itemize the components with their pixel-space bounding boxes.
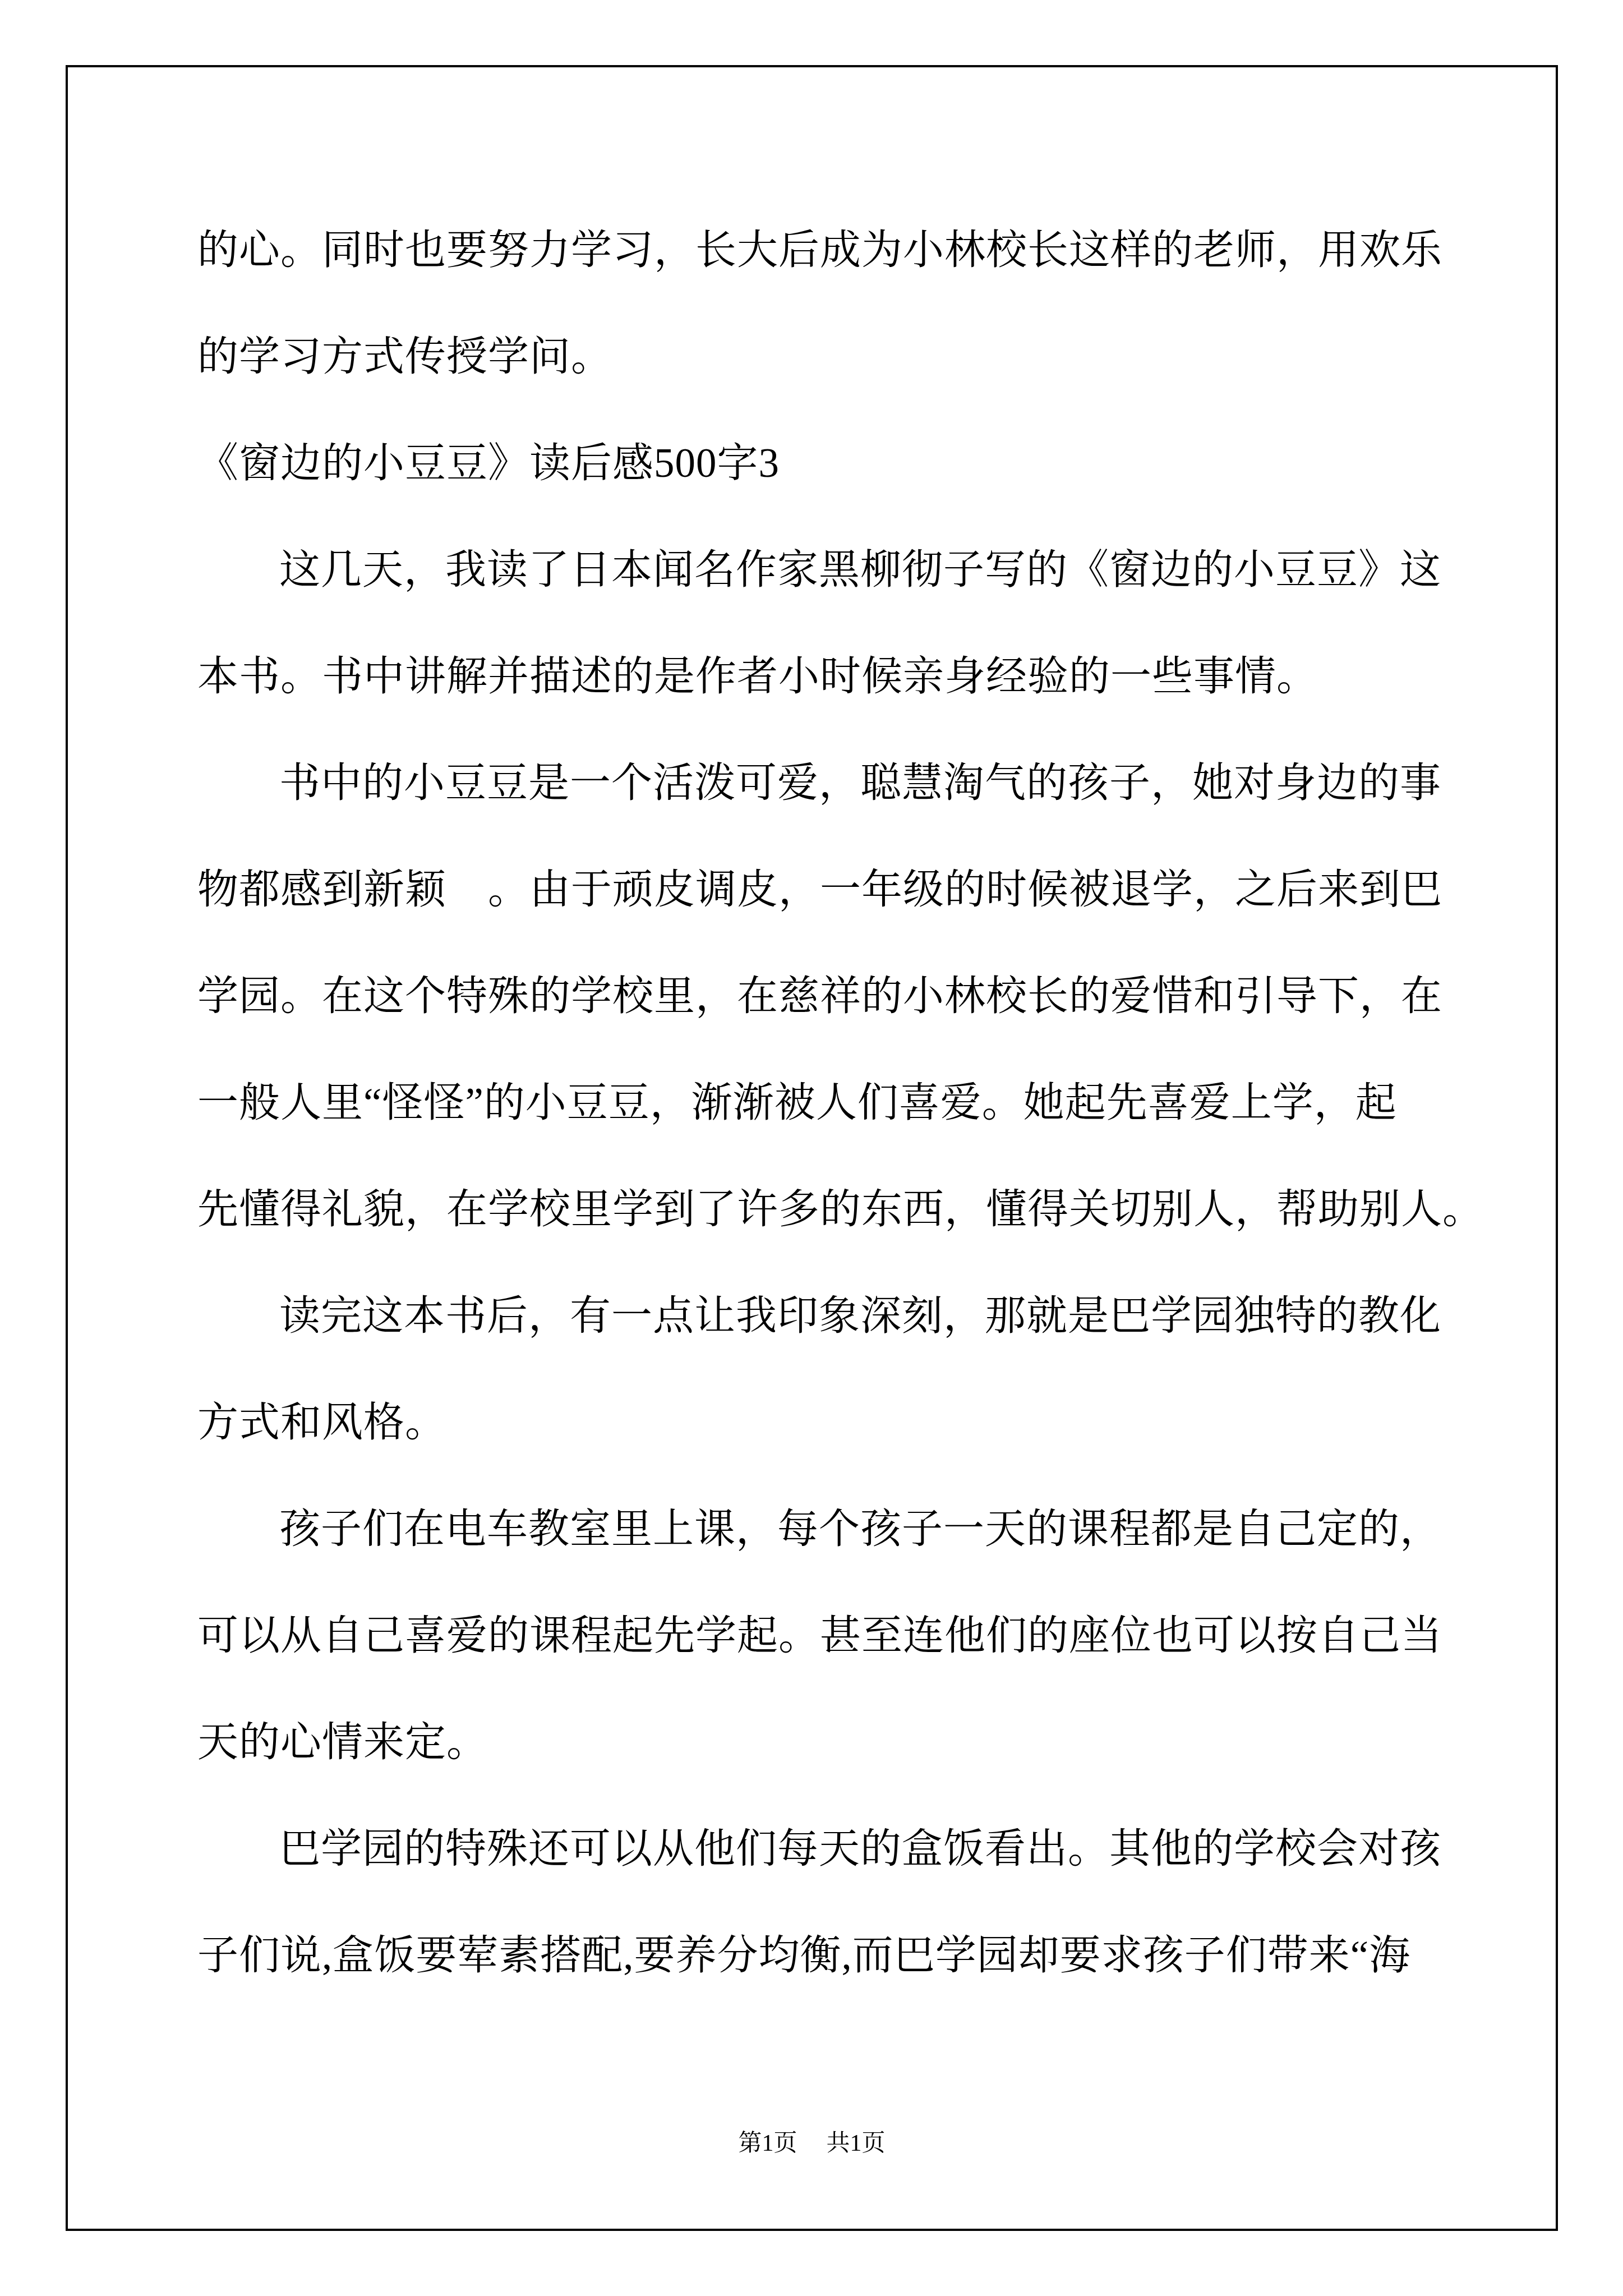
body-text-line: 可以从自己喜爱的课程起先学起。甚至连他们的座位也可以按自己当: [197, 1582, 1465, 1689]
body-text-line: 天的心情来定。: [197, 1689, 1465, 1796]
body-text-line: 这几天，我读了日本闻名作家黑柳彻子写的《窗边的小豆豆》这: [197, 517, 1465, 623]
body-text-line: 先懂得礼貌，在学校里学到了许多的东西，懂得关切别人，帮助别人。: [197, 1156, 1465, 1263]
body-text-line: 的学习方式传授学问。: [197, 303, 1465, 410]
body-text-line: 学园。在这个特殊的学校里，在慈祥的小林校长的爱惜和引导下，在: [197, 943, 1465, 1050]
body-text-line: 的心。同时也要努力学习，长大后成为小林校长这样的老师，用欢乐: [197, 197, 1465, 303]
document-page: 的心。同时也要努力学习，长大后成为小林校长这样的老师，用欢乐 的学习方式传授学问…: [0, 0, 1623, 2296]
body-text-line: 书中的小豆豆是一个活泼可爱，聪慧淘气的孩子，她对身边的事: [197, 730, 1465, 836]
page-number-label: 第1页: [738, 2129, 797, 2158]
body-text-line: 物都感到新颖 。由于顽皮调皮，一年级的时候被退学，之后来到巴: [197, 836, 1465, 943]
body-text-line: 本书。书中讲解并描述的是作者小时候亲身经验的一些事情。: [197, 623, 1465, 730]
body-text-line: 方式和风格。: [197, 1369, 1465, 1476]
body-text-line: 一般人里“怪怪”的小豆豆，渐渐被人们喜爱。她起先喜爱上学，起: [197, 1050, 1465, 1156]
document-text-block: 的心。同时也要努力学习，长大后成为小林校长这样的老师，用欢乐 的学习方式传授学问…: [197, 197, 1465, 2009]
body-text-line: 子们说,盒饭要荤素搭配,要养分均衡,而巴学园却要求孩子们带来“海: [197, 1902, 1465, 2009]
body-text-line: 孩子们在电车教室里上课，每个孩子一天的课程都是自己定的，: [197, 1476, 1465, 1582]
page-footer: 第1页 共1页: [66, 2129, 1558, 2158]
body-text-line: 巴学园的特殊还可以从他们每天的盒饭看出。其他的学校会对孩: [197, 1796, 1465, 1902]
body-text-line: 读完这本书后，有一点让我印象深刻，那就是巴学园独特的教化: [197, 1263, 1465, 1369]
heading-line: 《窗边的小豆豆》读后感500字3: [197, 410, 1465, 517]
page-total-label: 共1页: [827, 2129, 886, 2158]
